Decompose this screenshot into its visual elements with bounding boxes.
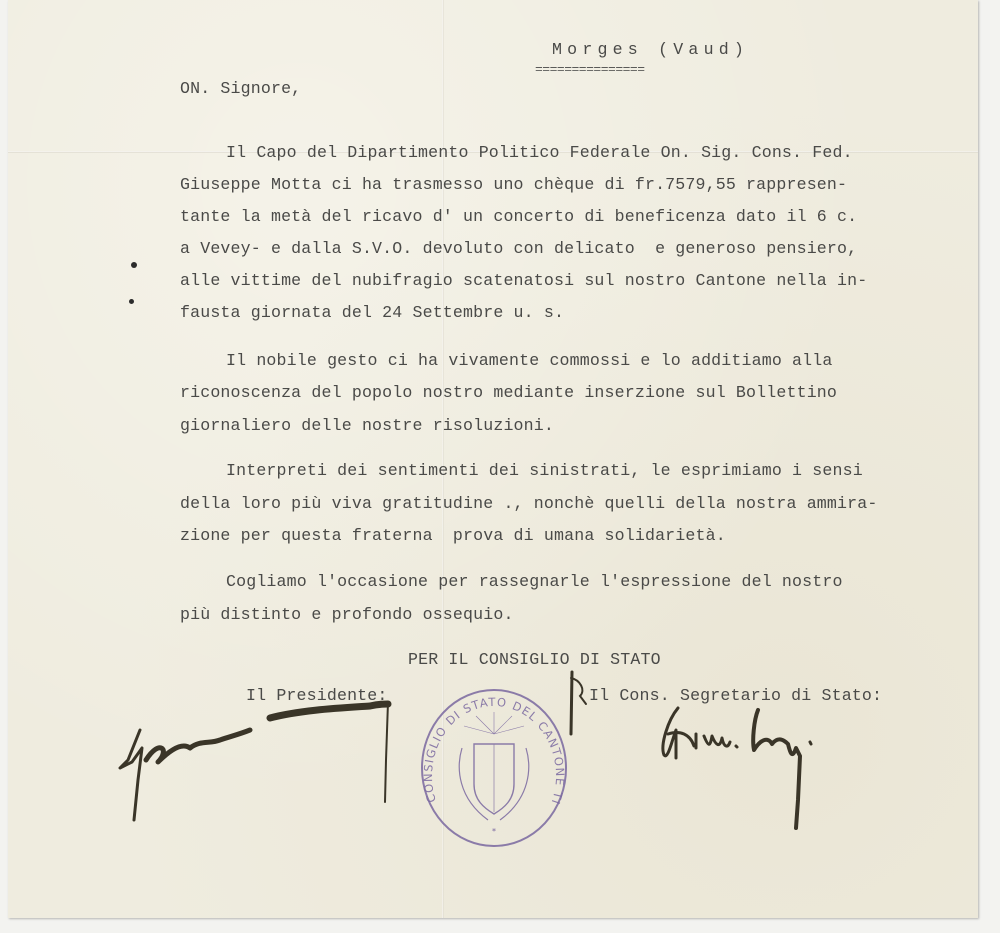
- body-line-8: riconoscenza del popolo nostro mediante …: [180, 383, 837, 402]
- header-double-rule: ===============: [535, 62, 645, 77]
- body-line-12: zione per questa fraterna prova di umana…: [180, 526, 726, 545]
- ink-dot-mark: [131, 262, 137, 268]
- body-line-9: giornaliero delle nostre risoluzioni.: [180, 416, 554, 435]
- salutation: ON. Signore,: [180, 79, 301, 98]
- body-line-6: fausta giornata del 24 Settembre u. s.: [180, 303, 564, 322]
- body-line-7: Il nobile gesto ci ha vivamente commossi…: [226, 351, 832, 370]
- body-line-1: Il Capo del Dipartimento Politico Federa…: [226, 143, 853, 162]
- ink-dot-mark: [129, 299, 134, 304]
- body-line-4: a Vevey- e dalla S.V.O. devoluto con del…: [180, 239, 857, 258]
- body-line-11: della loro più viva gratitudine ., nonch…: [180, 494, 877, 513]
- place-header: Morges (Vaud): [552, 40, 749, 59]
- body-line-5: alle vittime del nubifragio scatenatosi …: [180, 271, 867, 290]
- body-line-14: più distinto e profondo ossequio.: [180, 605, 514, 624]
- body-line-10: Interpreti dei sentimenti dei sinistrati…: [226, 461, 863, 480]
- president-signature: [110, 690, 430, 840]
- body-line-13: Cogliamo l'occasione per rassegnarle l'e…: [226, 572, 843, 591]
- stamp-legend: CONSIGLIO DI STATO DEL CANTONE TICINO: [418, 688, 567, 807]
- secretary-signature: [650, 700, 850, 840]
- body-line-2: Giuseppe Motta ci ha trasmesso uno chèqu…: [180, 175, 847, 194]
- closing-line: PER IL CONSIGLIO DI STATO: [408, 650, 661, 669]
- council-stamp: CONSIGLIO DI STATO DEL CANTONE TICINO *: [418, 688, 570, 848]
- svg-text:*: *: [492, 827, 496, 836]
- body-line-3: tante la metà del ricavo d' un concerto …: [180, 207, 857, 226]
- secretary-initial-mark: [566, 668, 596, 738]
